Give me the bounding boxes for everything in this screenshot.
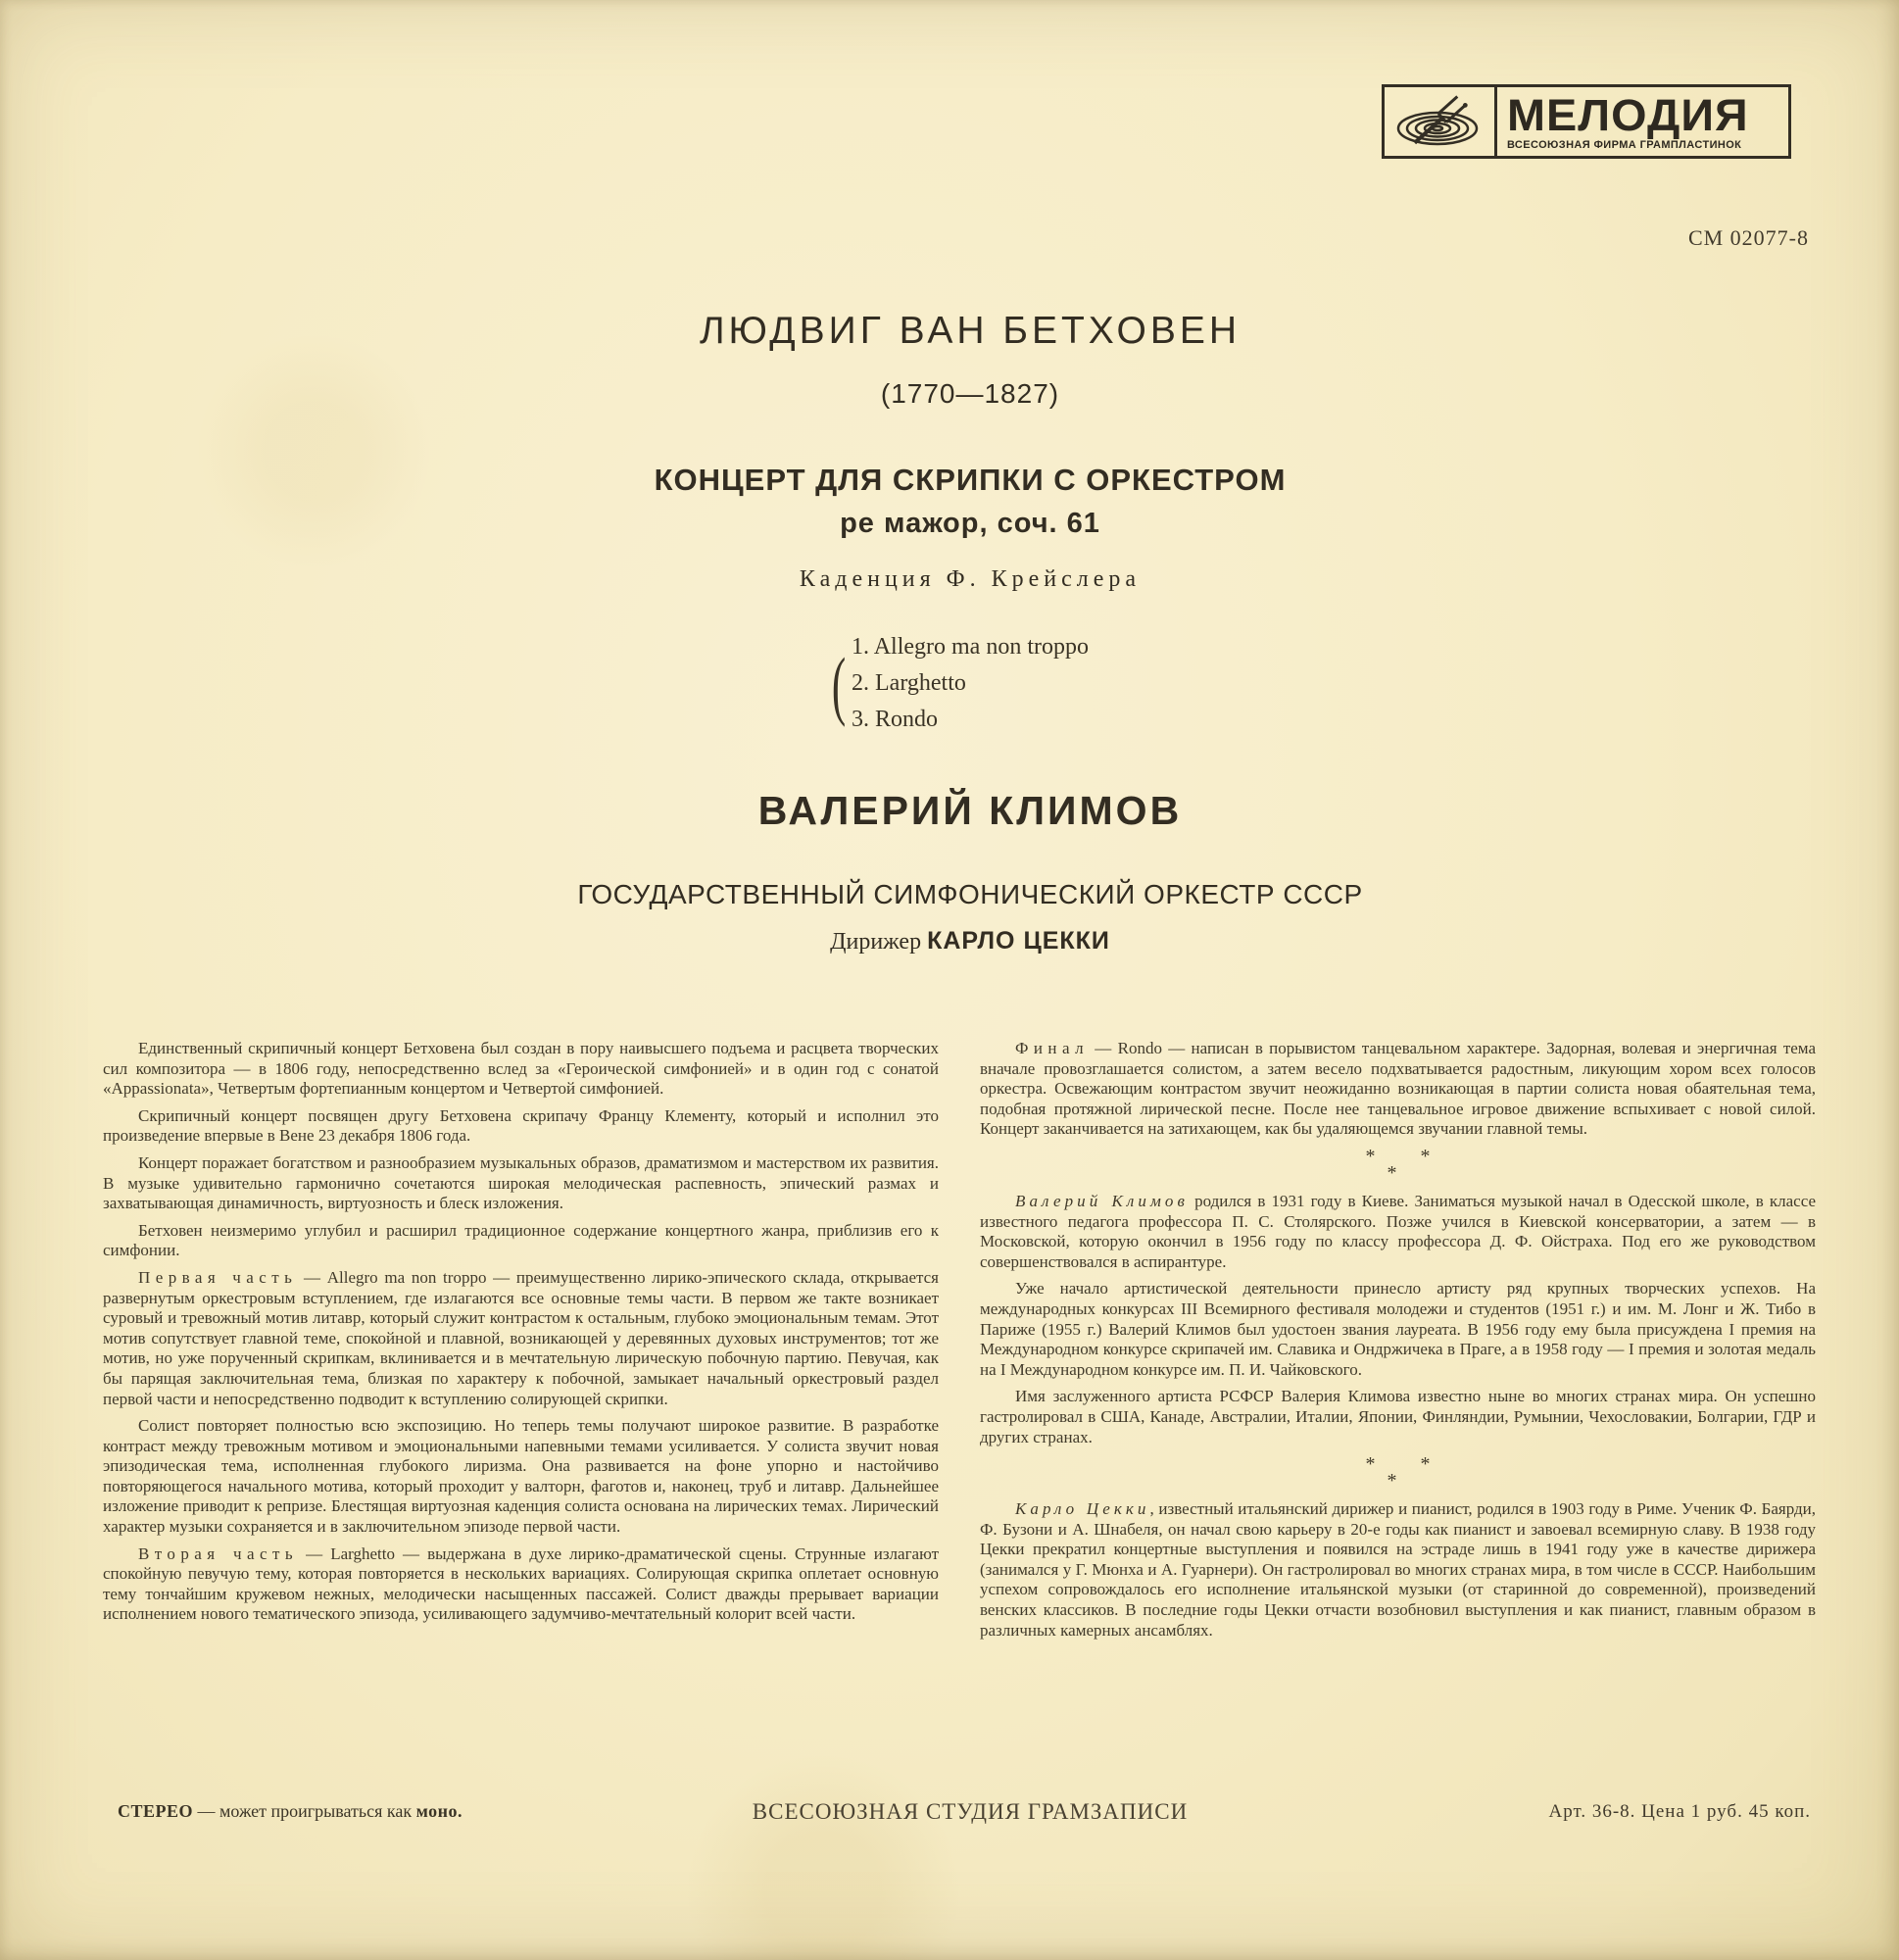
movement-item-2: 2. Larghetto bbox=[852, 665, 1089, 702]
article-price: Арт. 36-8. Цена 1 руб. 45 коп. bbox=[1548, 1801, 1811, 1823]
paragraph: Солист повторяет полностью всю экспозици… bbox=[103, 1416, 939, 1538]
section-separator: ** * bbox=[1359, 1457, 1437, 1488]
annotation-right-column: Финал — Rondo — написан в порывистом тан… bbox=[980, 1039, 1816, 1647]
paragraph-klimov-bio: Валерий Климов родился в 1931 году в Кие… bbox=[980, 1192, 1816, 1272]
catalog-number: СМ 02077-8 bbox=[1688, 225, 1809, 251]
melodiya-logo: МЕЛОДИЯ ВСЕСОЮЗНАЯ ФИРМА ГРАМПЛАСТИНОК bbox=[1382, 84, 1791, 159]
movements-brace-icon: ( bbox=[832, 666, 846, 703]
paragraph-zecchi-bio: Карло Цекки, известный итальянский дириж… bbox=[980, 1499, 1816, 1641]
melodiya-wordmark: МЕЛОДИЯ bbox=[1507, 95, 1793, 136]
tuning-fork-record-icon bbox=[1388, 87, 1490, 156]
composer-years: (1770—1827) bbox=[41, 378, 1899, 410]
paragraph: Концерт поражает богатством и разнообраз… bbox=[103, 1153, 939, 1214]
paragraph: Скрипичный концерт посвящен другу Бетхов… bbox=[103, 1106, 939, 1147]
melodiya-logo-text: МЕЛОДИЯ ВСЕСОЮЗНАЯ ФИРМА ГРАМПЛАСТИНОК bbox=[1497, 87, 1788, 156]
conductor-label: Дирижер bbox=[830, 929, 927, 955]
movement-item-3: 3. Rondo bbox=[852, 702, 1089, 738]
work-key: ре мажор, соч. 61 bbox=[41, 508, 1899, 540]
annotation-left-column: Единственный скрипичный концерт Бетховен… bbox=[103, 1039, 939, 1632]
paragraph: Бетховен неизмеримо углубил и расширил т… bbox=[103, 1221, 939, 1261]
movement-list: ( 1. Allegro ma non troppo 2. Larghetto … bbox=[852, 629, 1089, 738]
cadenza-credit: Каденция Ф. Крейслера bbox=[41, 566, 1899, 593]
conductor-name: КАРЛО ЦЕККИ bbox=[927, 927, 1110, 955]
melodiya-logo-icon-cell bbox=[1385, 87, 1497, 156]
section-separator: ** * bbox=[1359, 1150, 1437, 1180]
movements-block: ( 1. Allegro ma non troppo 2. Larghetto … bbox=[41, 629, 1899, 738]
orchestra-name: ГОСУДАРСТВЕННЫЙ СИМФОНИЧЕСКИЙ ОРКЕСТР СС… bbox=[41, 879, 1899, 910]
conductor-line: Дирижер КАРЛО ЦЕККИ bbox=[41, 927, 1899, 955]
paragraph: Единственный скрипичный концерт Бетховен… bbox=[103, 1039, 939, 1100]
record-sleeve-back: МЕЛОДИЯ ВСЕСОЮЗНАЯ ФИРМА ГРАМПЛАСТИНОК С… bbox=[0, 0, 1899, 1960]
melodiya-subtitle: ВСЕСОЮЗНАЯ ФИРМА ГРАМПЛАСТИНОК bbox=[1507, 139, 1782, 151]
paragraph-first-movement: Первая часть — Allegro ma non troppo — п… bbox=[103, 1268, 939, 1409]
paragraph-second-movement: Вторая часть — Larghetto — выдержана в д… bbox=[103, 1544, 939, 1625]
paragraph: Уже начало артистической деятельности пр… bbox=[980, 1279, 1816, 1380]
paragraph: Имя заслуженного артиста РСФСР Валерия К… bbox=[980, 1387, 1816, 1447]
movement-item-1: 1. Allegro ma non troppo bbox=[852, 629, 1089, 665]
composer-name: ЛЮДВИГ ВАН БЕТХОВЕН bbox=[41, 310, 1899, 353]
work-title: КОНЦЕРТ ДЛЯ СКРИПКИ С ОРКЕСТРОМ bbox=[41, 463, 1899, 498]
soloist-name: ВАЛЕРИЙ КЛИМОВ bbox=[41, 788, 1899, 834]
paragraph-finale: Финал — Rondo — написан в порывистом тан… bbox=[980, 1039, 1816, 1140]
